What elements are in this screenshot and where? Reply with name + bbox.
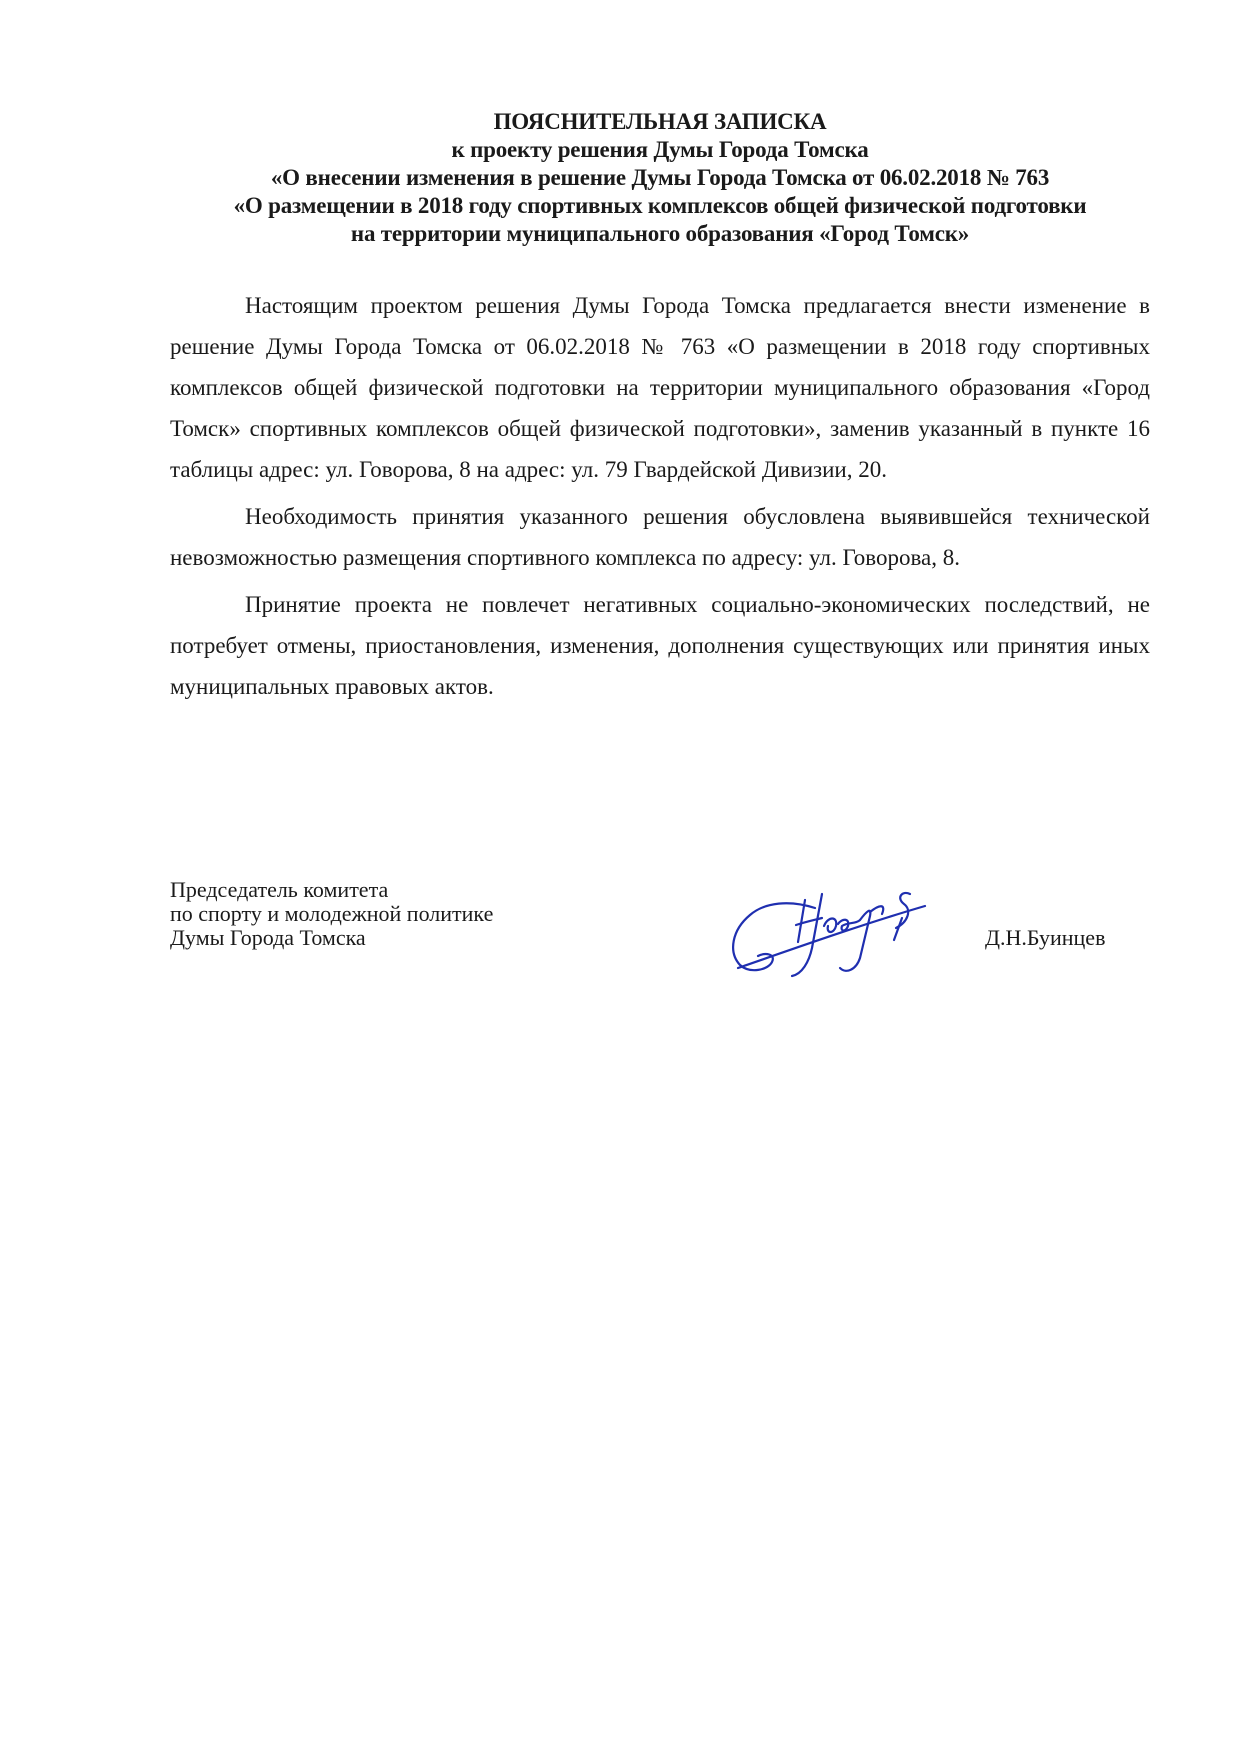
signature-block: Председатель комитета по спорту и молоде…: [170, 878, 1150, 988]
title-line-decision-name: «О размещении в 2018 году спортивных ком…: [160, 192, 1160, 220]
document-page: ПОЯСНИТЕЛЬНАЯ ЗАПИСКА к проекту решения …: [0, 0, 1240, 1753]
signer-position: Председатель комитета по спорту и молоде…: [170, 878, 493, 950]
paragraph-consequences: Принятие проекта не повлечет негативных …: [170, 584, 1150, 707]
handwritten-signature-icon: [710, 870, 950, 980]
signer-position-line: по спорту и молодежной политике: [170, 902, 493, 926]
signer-position-line: Думы Города Томска: [170, 926, 493, 950]
document-body: Настоящим проектом решения Думы Города Т…: [170, 285, 1150, 707]
title-line-heading: ПОЯСНИТЕЛЬНАЯ ЗАПИСКА: [160, 108, 1160, 136]
title-line-subject: к проекту решения Думы Города Томска: [160, 136, 1160, 164]
document-title: ПОЯСНИТЕЛЬНАЯ ЗАПИСКА к проекту решения …: [160, 108, 1160, 248]
title-line-amendment: «О внесении изменения в решение Думы Гор…: [160, 164, 1160, 192]
title-line-territory: на территории муниципального образования…: [160, 220, 1160, 248]
signer-position-line: Председатель комитета: [170, 878, 493, 902]
paragraph-justification: Необходимость принятия указанного решени…: [170, 496, 1150, 578]
paragraph-proposal: Настоящим проектом решения Думы Города Т…: [170, 285, 1150, 490]
signer-name: Д.Н.Буинцев: [985, 926, 1105, 950]
